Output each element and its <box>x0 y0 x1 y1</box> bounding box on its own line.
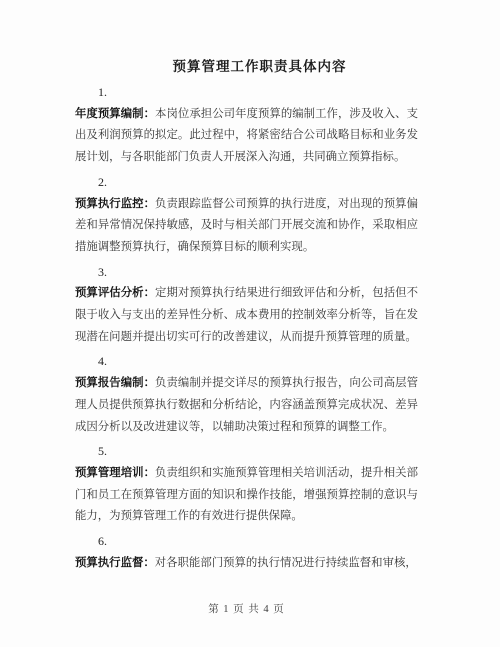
item-paragraph: 预算管理培训：负责组织和实施预算管理相关培训活动，提升相关部门和员工在预算管理方… <box>75 463 418 528</box>
document-body: 1. 年度预算编制：本岗位承担公司年度预算的编制工作，涉及收入、支出及利润预算的… <box>75 82 418 574</box>
item-number: 2. <box>75 172 418 194</box>
item-label: 预算报告编制： <box>75 377 155 389</box>
item-number: 4. <box>75 351 418 373</box>
item-label: 预算执行监控： <box>75 198 155 210</box>
item-number: 6. <box>75 531 418 553</box>
list-item-2: 2. 预算执行监控：负责跟踪监督公司预算的执行进度，对出现的预算偏差和异常情况保… <box>75 172 418 259</box>
list-item-3: 3. 预算评估分析：定期对预算执行结果进行细致评估和分析，包括但不限于收入与支出… <box>75 262 418 349</box>
item-paragraph: 预算评估分析：定期对预算执行结果进行细致评估和分析，包括但不限于收入与支出的差异… <box>75 283 418 348</box>
list-item-4: 4. 预算报告编制：负责编制并提交详尽的预算执行报告，向公司高层管理人员提供预算… <box>75 351 418 438</box>
item-number: 1. <box>75 82 418 104</box>
item-label: 年度预算编制： <box>75 108 155 120</box>
item-paragraph: 年度预算编制：本岗位承担公司年度预算的编制工作，涉及收入、支出及利润预算的拟定。… <box>75 104 418 169</box>
item-number: 5. <box>75 441 418 463</box>
document-title: 预算管理工作职责具体内容 <box>88 56 431 78</box>
item-paragraph: 预算执行监控：负责跟踪监督公司预算的执行进度，对出现的预算偏差和异常情况保持敏感… <box>75 194 418 259</box>
list-item-5: 5. 预算管理培训：负责组织和实施预算管理相关培训活动，提升相关部门和员工在预算… <box>75 441 418 528</box>
page-number-text: 第 1 页 共 4 页 <box>208 604 285 615</box>
page-footer: 第 1 页 共 4 页 <box>75 602 418 618</box>
item-label: 预算执行监督： <box>75 557 155 569</box>
item-label: 预算管理培训： <box>75 467 155 479</box>
document-page: 预算管理工作职责具体内容 1. 年度预算编制：本岗位承担公司年度预算的编制工作，… <box>0 0 500 647</box>
item-number: 3. <box>75 262 418 284</box>
list-item-6: 6. 预算执行监督：对各职能部门预算的执行情况进行持续监督和审核， <box>75 531 418 574</box>
item-text: 对各职能部门预算的执行情况进行持续监督和审核， <box>155 557 417 569</box>
list-item-1: 1. 年度预算编制：本岗位承担公司年度预算的编制工作，涉及收入、支出及利润预算的… <box>75 82 418 169</box>
item-paragraph: 预算报告编制：负责编制并提交详尽的预算执行报告，向公司高层管理人员提供预算执行数… <box>75 373 418 438</box>
item-paragraph: 预算执行监督：对各职能部门预算的执行情况进行持续监督和审核， <box>75 553 418 575</box>
item-label: 预算评估分析： <box>75 287 155 299</box>
